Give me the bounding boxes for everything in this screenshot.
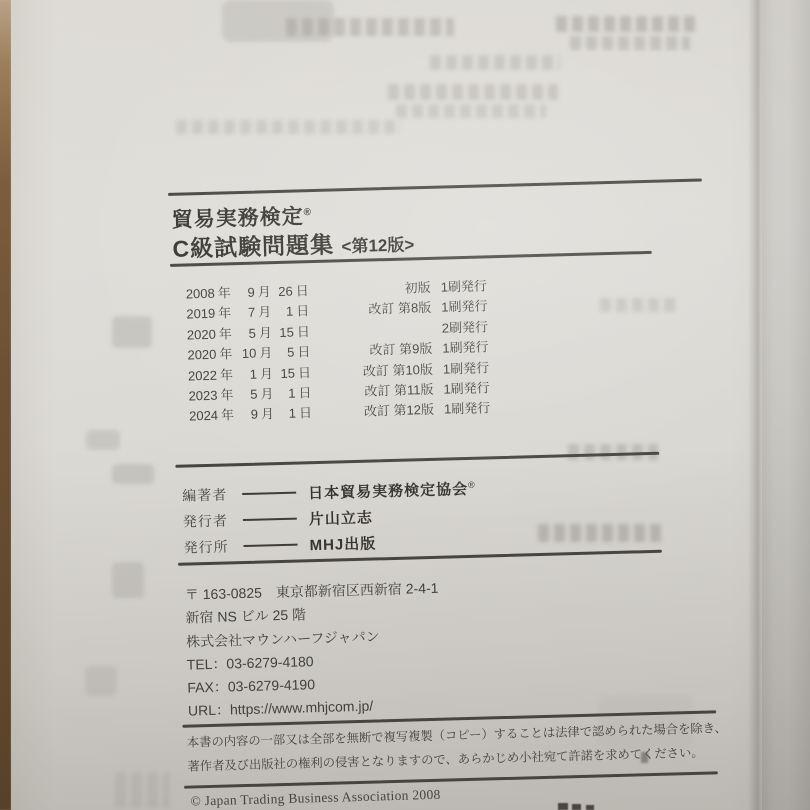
bleedthrough-tab-ghost <box>112 562 144 598</box>
history-year: 2020 <box>178 326 216 342</box>
bleedthrough-ghost <box>286 18 454 36</box>
cutoff-text-fragment <box>558 803 568 810</box>
history-edition: 改訂 第12版 <box>322 399 434 421</box>
registered-mark: ® <box>303 207 312 218</box>
role-name-text: MHJ出版 <box>309 535 376 554</box>
role-name: MHJ出版 <box>309 532 376 555</box>
bleedthrough-ghost <box>176 120 401 134</box>
year-unit: 年 <box>220 384 234 403</box>
colophon: 貿易実務検定® C級試験問題集 <第12版> 2008年 9月 26日 初版 1… <box>166 178 727 810</box>
cutoff-text-fragment <box>572 804 581 810</box>
month-unit: 月 <box>257 281 271 300</box>
month-unit: 月 <box>259 322 273 341</box>
history-year: 2022 <box>179 367 217 383</box>
history-month: 5 <box>234 325 256 341</box>
role-label: 編著者 <box>182 484 235 505</box>
registered-mark: ® <box>468 479 476 489</box>
history-day: 15 <box>275 365 295 381</box>
history-month: 9 <box>233 285 255 301</box>
history-month: 9 <box>236 407 258 423</box>
day-unit: 日 <box>297 341 311 360</box>
bleedthrough-tab-ghost <box>112 316 152 348</box>
role-label: 発行者 <box>183 510 236 531</box>
colophon-roles: 編著者 日本貿易実務検定協会® 発行者 片山立志 発行所 MHJ出版 <box>182 475 478 561</box>
history-edition: 改訂 第8版 <box>319 297 431 319</box>
publication-history: 2008年 9月 26日 初版 1刷発行 2019年 7月 1日 改訂 第8版 … <box>176 275 490 426</box>
day-unit: 日 <box>298 382 312 401</box>
history-printing: 2刷発行 <box>442 316 489 336</box>
bleedthrough-ghost <box>556 16 696 32</box>
month-unit: 月 <box>258 302 272 321</box>
bleedthrough-ghost <box>388 84 558 100</box>
history-year: 2019 <box>177 306 215 322</box>
book-title: 貿易実務検定® C級試験問題集 <第12版> <box>171 195 414 266</box>
month-unit: 月 <box>261 404 275 423</box>
role-name-text: 片山立志 <box>309 509 373 528</box>
history-edition: 改訂 第11版 <box>321 379 433 401</box>
page-fold-shadow <box>748 0 762 810</box>
copyright-line: © Japan Trading Business Association 200… <box>190 787 441 810</box>
bleedthrough-tab-ghost <box>112 464 154 484</box>
history-printing: 1刷発行 <box>442 337 489 357</box>
history-month: 1 <box>235 366 257 382</box>
history-year: 2020 <box>178 347 216 363</box>
role-name-text: 日本貿易実務検定協会 <box>308 480 468 501</box>
year-unit: 年 <box>218 303 232 322</box>
role-name: 日本貿易実務検定協会® <box>308 477 476 503</box>
history-day: 5 <box>274 345 294 361</box>
history-month: 5 <box>235 387 257 403</box>
history-year: 2008 <box>177 286 215 302</box>
ink-speck <box>641 752 648 763</box>
history-month: 10 <box>234 346 256 362</box>
day-unit: 日 <box>298 362 312 381</box>
role-dash-line <box>243 518 297 521</box>
month-unit: 月 <box>259 342 273 361</box>
year-unit: 年 <box>217 282 231 301</box>
history-printing: 1刷発行 <box>440 275 487 295</box>
history-day: 1 <box>273 304 293 320</box>
history-day: 26 <box>273 284 293 300</box>
bleedthrough-ghost <box>570 36 690 50</box>
role-name: 片山立志 <box>309 506 374 529</box>
bleedthrough-tab-ghost <box>86 430 120 450</box>
history-edition: 改訂 第10版 <box>321 358 433 380</box>
history-day: 15 <box>274 324 294 340</box>
year-unit: 年 <box>219 323 233 342</box>
year-unit: 年 <box>219 343 233 362</box>
year-unit: 年 <box>220 364 234 383</box>
cutoff-text-fragment <box>586 805 594 810</box>
bleedthrough-tab-ghost <box>85 666 117 696</box>
role-dash-line <box>244 544 298 547</box>
copy-prohibition-notice: 本書の内容の一部又は全部を無断で複写複製（コピー）することは法律で認められた場合… <box>187 717 720 778</box>
month-unit: 月 <box>260 383 274 402</box>
role-label: 発行所 <box>183 536 236 557</box>
edition-tag: <第12版> <box>341 235 414 256</box>
history-printing: 1刷発行 <box>443 357 490 377</box>
history-edition: 初版 <box>318 277 430 299</box>
title-text: 貿易実務検定 <box>171 205 304 232</box>
bleedthrough-ghost <box>430 55 560 70</box>
day-unit: 日 <box>295 280 309 299</box>
history-printing: 1刷発行 <box>441 296 488 316</box>
right-page-edge <box>762 0 810 810</box>
role-dash-line <box>242 492 296 495</box>
history-day: 1 <box>276 406 296 422</box>
history-month: 7 <box>233 305 255 321</box>
history-printing: 1刷発行 <box>444 398 491 418</box>
section-rule-roles-top <box>175 452 659 468</box>
title-text: C級試験問題集 <box>172 231 334 261</box>
history-day: 1 <box>275 386 295 402</box>
year-unit: 年 <box>221 405 235 424</box>
history-year: 2024 <box>180 408 218 424</box>
history-printing: 1刷発行 <box>443 377 490 397</box>
month-unit: 月 <box>260 363 274 382</box>
publisher-address-block: 〒 163-0825 東京都新宿区西新宿 2-4-1 新宿 NS ビル 25 階… <box>185 577 442 724</box>
day-unit: 日 <box>297 321 311 340</box>
history-edition: 改訂 第9版 <box>320 338 432 360</box>
book-page-photo: 貿易実務検定® C級試験問題集 <第12版> 2008年 9月 26日 初版 1… <box>0 0 810 810</box>
day-unit: 日 <box>299 402 313 421</box>
history-year: 2023 <box>179 388 217 404</box>
bleedthrough-ghost <box>115 772 170 808</box>
bleedthrough-ghost <box>396 104 546 118</box>
day-unit: 日 <box>296 301 310 320</box>
history-edition <box>320 333 432 336</box>
